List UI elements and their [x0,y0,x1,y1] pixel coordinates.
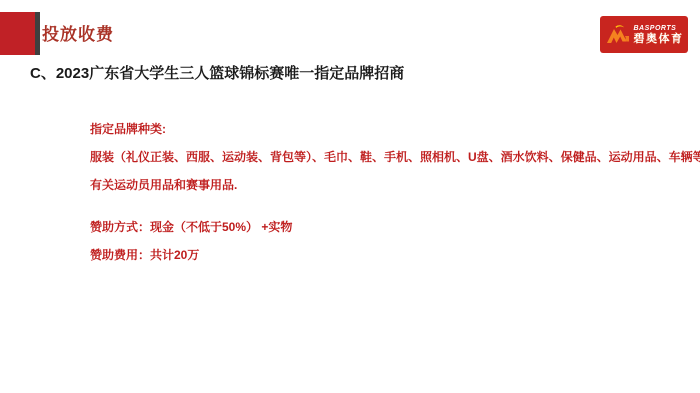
section-heading: C、2023广东省大学生三人篮球锦标赛唯一指定品牌招商 [30,62,404,83]
brand-name-en: BASPORTS [634,25,684,32]
brand-logo-text: BASPORTS 碧奥体育 [634,25,684,45]
category-label: 指定品牌种类: [90,120,166,137]
presentation-slide: 投放收费 BASPORTS 碧奥体育 C、2023广东省大学生三人篮球锦标赛唯一… [0,0,700,393]
brand-logo: BASPORTS 碧奥体育 [600,16,688,53]
sponsor-fee-line: 赞助费用：共计20万 [90,246,199,263]
brand-logo-icon [605,22,631,48]
slide-title: 投放收费 [42,20,114,45]
category-items-line: 服装（礼仪正装、西服、运动装、背包等）、毛巾、鞋、手机、照相机、U盘、酒水饮料、… [90,148,700,165]
title-accent-square [0,12,40,55]
category-items-continued: 有关运动员用品和赛事用品. [90,176,237,193]
sponsor-method-line: 赞助方式：现金（不低于50%） +实物 [90,218,292,235]
brand-name-cn: 碧奥体育 [634,34,684,45]
